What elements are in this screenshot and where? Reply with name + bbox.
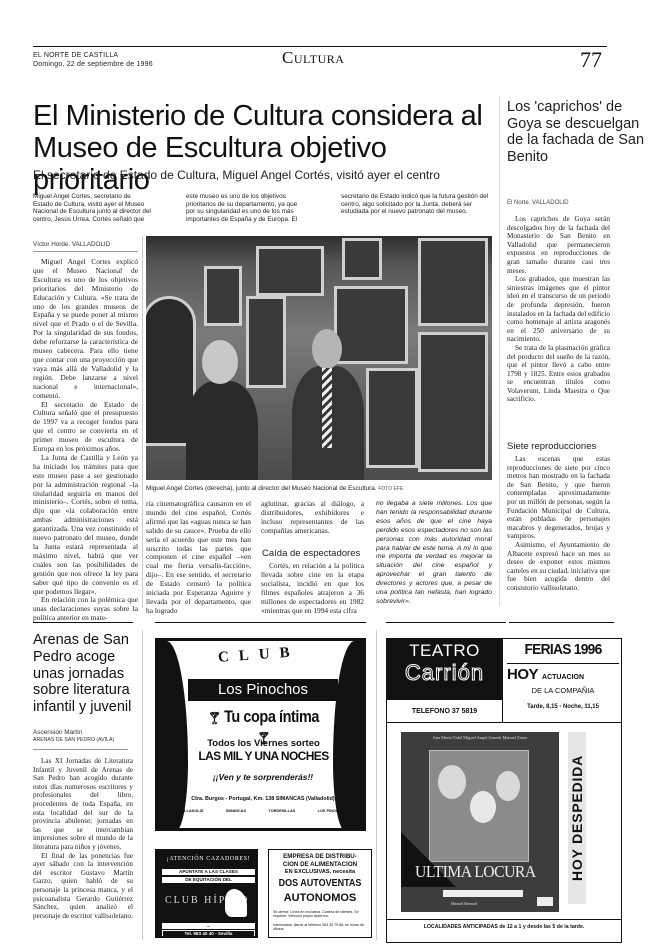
- horario: Tarde, 8,15 - Noche, 11,15: [513, 703, 614, 710]
- main-col-2: ria cinematográfica causaron en el mundo…: [146, 500, 251, 616]
- main-col-1: Miguel Angel Cortes explicó que el Museo…: [33, 258, 138, 623]
- arenas-body: Las XI Jornadas de Literatura Infantil y…: [33, 757, 133, 920]
- paragraph: Miguel Angel Cortes explicó que el Museo…: [33, 258, 138, 401]
- side-body: Los caprichos de Goya serán descolgados …: [507, 215, 610, 404]
- lead-col-3: secretario de Estado indicó que la futur…: [341, 193, 491, 216]
- divider: [387, 919, 621, 920]
- despedida-banner: HOY DESPEDIDA: [568, 732, 586, 904]
- divider: [387, 722, 621, 723]
- painting: [334, 286, 408, 364]
- paragraph: Los caprichos de Goya serán descolgados …: [507, 215, 610, 275]
- lead-col-2: este museo es uno de los objetivos prior…: [186, 193, 304, 223]
- main-subhead: El secretario de Estado de Cultura, Migu…: [33, 168, 503, 182]
- actor-face: [438, 765, 466, 799]
- main-col-4: no llegaba a siete millones. Los que han…: [376, 500, 492, 607]
- arenas-location: ARENAS DE SAN PEDRO (AVILA): [33, 737, 114, 745]
- hoy-line: HOYACTUACION: [507, 666, 619, 684]
- paragraph: Cortés, en relación a la política llevad…: [261, 562, 364, 615]
- main-col-3b: Cortés, en relación a la política llevad…: [261, 562, 364, 615]
- club-name: Los Pinochos: [188, 679, 338, 701]
- sidebar-rule: [499, 96, 500, 606]
- ad-phone: Tel. 983 40 40 - Sevilla: [162, 930, 255, 938]
- painting: [256, 246, 324, 296]
- ad-club-hipico: ¡ATENCIÓN CAZADORES! APÚNTATE A LAS CLAS…: [155, 849, 258, 938]
- ad-club-los-pinochos: CLUB Los Pinochos 🍸︎ Tu copa íntima 🍸︎ T…: [155, 638, 366, 831]
- ad-fine-print: Se ofrece: Línea en exclusiva. Cartera d…: [273, 910, 369, 919]
- person-right-head: [312, 329, 342, 369]
- hoy-label: HOY: [507, 666, 538, 683]
- painting: [366, 368, 418, 468]
- glass-icon: 🍸︎: [208, 711, 221, 725]
- person-left: [186, 381, 258, 480]
- arenas-headline: Arenas de San Pedro acoge unas jornadas …: [33, 632, 143, 716]
- paragraph: Las XI Jornadas de Literatura Infantil y…: [33, 757, 133, 852]
- club-towns: VALLADOLID SIMANCAS TORDESILLAS LOS PINO…: [168, 809, 358, 813]
- arenas-author: Ascensión Martín: [33, 729, 114, 737]
- byline-rule: [33, 251, 138, 252]
- paper-name: EL NORTE DE CASTILLA: [33, 51, 153, 60]
- ad-autoventas: EMPRESA DE DISTRIBU- CION DE ALIMENTACIO…: [268, 849, 372, 938]
- ad-fine-print: Interesados: llamar al teléfono 983 30 7…: [273, 923, 369, 932]
- paper-date: Domingo, 22 de septiembre de 1996: [33, 60, 153, 69]
- paragraph: La Junta de Castilla y León ya ha inicia…: [33, 454, 138, 597]
- ad-teatro-carrion: TEATRO Carrión TELEFONO 37 5819 FERIAS 1…: [386, 638, 622, 943]
- club-label: CLUB: [218, 644, 301, 667]
- ad-band: ...: [162, 923, 255, 929]
- painting: [418, 332, 488, 472]
- column-rule: [376, 630, 377, 940]
- paragraph: Se trata de la plasmación gráfica del pr…: [507, 344, 610, 404]
- club-line3: ¡¡Ven y te sorprenderás!!: [188, 772, 338, 782]
- paragraph: El final de las ponencias fue ayer sábad…: [33, 852, 133, 921]
- ad-big: AUTONOMOS: [272, 892, 368, 904]
- ad-band: DE EQUITACIÓN DEL: [162, 877, 255, 883]
- paragraph: Las escenas que estas reproducciones de …: [507, 455, 610, 541]
- photo-caption: Miguel Angel Cortes (derecha), junto al …: [146, 485, 492, 492]
- poster-cast: Ana María Vidal Miguel Angel Garzón Manu…: [405, 735, 555, 741]
- masthead-paper-info: EL NORTE DE CASTILLA Domingo, 22 de sept…: [33, 51, 153, 69]
- localidades-text: LOCALIDADES ANTICIPADAS de 12 a 1 y desd…: [402, 924, 605, 930]
- main-byline: Víctor Horde. VALLADOLID: [33, 241, 110, 248]
- poster-logo: [537, 897, 553, 906]
- paragraph: Los grabados, que muestran las siniestra…: [507, 275, 610, 344]
- section-rule-right-b: [509, 622, 614, 623]
- column-rule: [142, 236, 143, 608]
- side-headline: Los 'caprichos' de Goya se descuelgan de…: [507, 99, 647, 165]
- section-rule-mid: [155, 622, 366, 623]
- ferias-title: FERIAS 1996: [510, 641, 617, 658]
- side-subhead: Siete reproducciones: [507, 441, 596, 452]
- ad-line: EMPRESA DE DISTRIBU-: [272, 853, 368, 860]
- divider: [502, 639, 503, 722]
- side-body-2: Las escenas que estas reproducciones de …: [507, 455, 610, 593]
- arenas-byline: Ascensión Martín ARENAS DE SAN PEDRO (AV…: [33, 729, 114, 744]
- section-rule-left: [33, 622, 133, 623]
- ad-title: ¡ATENCIÓN CAZADORES!: [161, 856, 256, 862]
- paragraph: no llegaba a siete millones. Los que han…: [376, 500, 492, 607]
- ad-line: EN EXCLUSIVAS, necesita: [272, 869, 368, 875]
- compania-label: DE LA COMPAÑIA: [507, 686, 619, 695]
- teatro-logo-block: TEATRO Carrión: [387, 639, 502, 699]
- striped-tie: [322, 368, 332, 448]
- paragraph: ria cinematográfica causaron en el mundo…: [146, 500, 251, 616]
- club-line1: Todos los Viernes sorteo: [186, 739, 341, 749]
- paragraph: En relación con la polémica que unas dec…: [33, 596, 138, 623]
- curtain-right: [333, 641, 366, 831]
- paragraph: El secretario de Estado de Cultura señal…: [33, 401, 138, 454]
- horse-icon: [225, 889, 247, 917]
- article-photo: [146, 236, 492, 480]
- ad-big: DOS AUTOVENTAS: [277, 878, 363, 889]
- play-poster: Ana María Vidal Miguel Angel Garzón Manu…: [401, 732, 559, 912]
- actress-face: [470, 791, 496, 823]
- photo-credit: FOTO EFE: [378, 486, 403, 492]
- ad-line: CION DE ALIMENTACION: [272, 861, 368, 868]
- poster-names: [443, 890, 523, 897]
- divider: [507, 663, 619, 664]
- club-line2: LAS MIL Y UNA NOCHES: [182, 749, 345, 763]
- teatro-phone: TELEFONO 37 5819: [387, 699, 502, 722]
- subhead-caida: Caída de espectadores: [262, 548, 360, 559]
- side-byline: El Norte. VALLADOLID: [507, 200, 569, 206]
- painting: [418, 238, 488, 326]
- paragraph: aglutinar, gracias al diálogo, a distrib…: [261, 500, 364, 536]
- painting: [204, 266, 242, 326]
- page-number: 77: [580, 47, 602, 73]
- lead-col-1: Miguel Angel Cortes, secretario de Estad…: [33, 193, 151, 223]
- section-rule-right-a: [386, 622, 506, 623]
- painting: [246, 296, 286, 388]
- painting: [342, 238, 382, 280]
- section-title: Cultura: [282, 48, 344, 68]
- club-address: Ctra. Burgos - Portugal, Km. 138 SIMANCA…: [168, 796, 358, 802]
- paragraph: Asimismo, el Ayuntamiento de Albacete ex…: [507, 541, 610, 593]
- main-col-3: aglutinar, gracias al diálogo, a distrib…: [261, 500, 364, 536]
- teatro-word: TEATRO: [387, 639, 502, 661]
- person-left-head: [202, 340, 238, 384]
- curtain-left: [155, 641, 188, 831]
- poster-title: ULTIMA LOCURA: [415, 862, 544, 882]
- ad-band: APÚNTATE A LAS CLASES: [162, 869, 255, 875]
- arenas-byline-rule: [33, 749, 128, 750]
- teatro-name: Carrión: [387, 661, 502, 685]
- actuacion-label: ACTUACION: [542, 674, 584, 681]
- masthead-rule: [33, 46, 607, 47]
- actor-face: [496, 771, 520, 801]
- poster-director: Manuel Bernard: [451, 901, 477, 906]
